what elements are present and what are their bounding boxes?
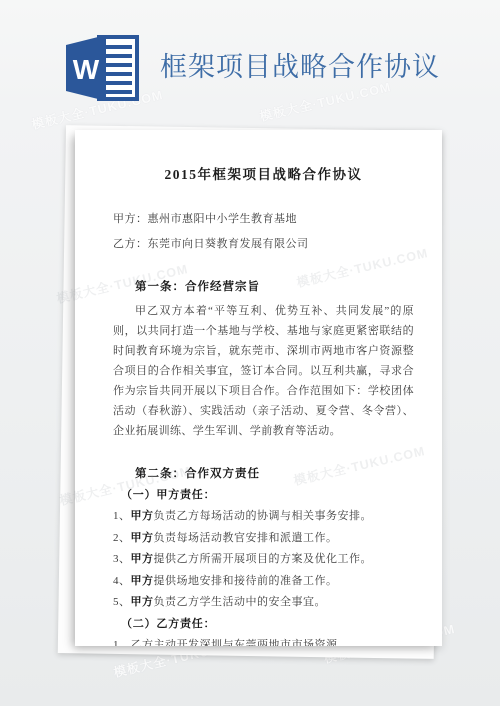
header: W 框架项目战略合作协议 <box>0 0 500 113</box>
item-text: 负责每场活动教官安排和派遣工作。 <box>154 532 338 544</box>
item-text: 乙方主动开发深圳与东莞两地市市场资源。 <box>131 639 350 647</box>
party-a-line: 甲方：惠州市惠阳中小学生教育基地 <box>113 212 414 227</box>
duty-item: 1、乙方主动开发深圳与东莞两地市市场资源。 <box>113 638 414 647</box>
section2-heading: 第二条：合作双方责任 <box>113 467 414 482</box>
party-a-duties-heading: （一）甲方责任： <box>113 488 414 503</box>
item-text: 提供乙方所需开展项目的方案及优化工作。 <box>154 553 373 565</box>
page-title: 框架项目战略合作协议 <box>160 48 440 86</box>
item-bold: 甲方 <box>131 575 154 587</box>
item-number: 1、 <box>113 639 131 647</box>
section1-body: 甲乙双方本着“平等互利、优势互补、共同发展”的原则，以共同打造一个基地与学校、基… <box>113 301 414 441</box>
item-bold: 甲方 <box>131 596 154 608</box>
party-b-line: 乙方：东莞市向日葵教育发展有限公司 <box>113 237 414 252</box>
duty-item: 5、甲方负责乙方学生活动中的安全事宜。 <box>113 595 414 611</box>
item-bold: 甲方 <box>131 553 154 565</box>
item-number: 3、 <box>113 553 131 565</box>
item-number: 1、 <box>113 510 131 522</box>
item-text: 提供场地安排和接待前的准备工作。 <box>154 575 338 587</box>
item-bold: 甲方 <box>131 510 154 522</box>
duty-item: 2、甲方负责每场活动教官安排和派遣工作。 <box>113 531 414 547</box>
item-text: 负责乙方学生活动中的安全事宜。 <box>154 596 327 608</box>
duty-item: 1、甲方负责乙方每场活动的协调与相关事务安排。 <box>113 509 414 525</box>
section1-heading: 第一条：合作经营宗旨 <box>113 280 414 295</box>
item-number: 2、 <box>113 532 131 544</box>
item-text: 负责乙方每场活动的协调与相关事务安排。 <box>154 510 373 522</box>
item-number: 4、 <box>113 575 131 587</box>
document-title: 2015年框架项目战略合作协议 <box>113 167 414 183</box>
word-letter: W <box>73 54 100 85</box>
document-page: 2015年框架项目战略合作协议 甲方：惠州市惠阳中小学生教育基地 乙方：东莞市向… <box>75 130 442 646</box>
duty-item: 4、甲方提供场地安排和接待前的准备工作。 <box>113 574 414 590</box>
item-bold: 甲方 <box>131 532 154 544</box>
duty-item: 3、甲方提供乙方所需开展项目的方案及优化工作。 <box>113 552 414 568</box>
item-number: 5、 <box>113 596 131 608</box>
ms-word-icon: W <box>63 32 139 104</box>
template-preview-page: 模板大全·TUKU.COM 模板大全·TUKU.COM 模板大全·TUKU.CO… <box>0 0 500 706</box>
party-b-duties-heading: （二）乙方责任： <box>113 617 414 632</box>
